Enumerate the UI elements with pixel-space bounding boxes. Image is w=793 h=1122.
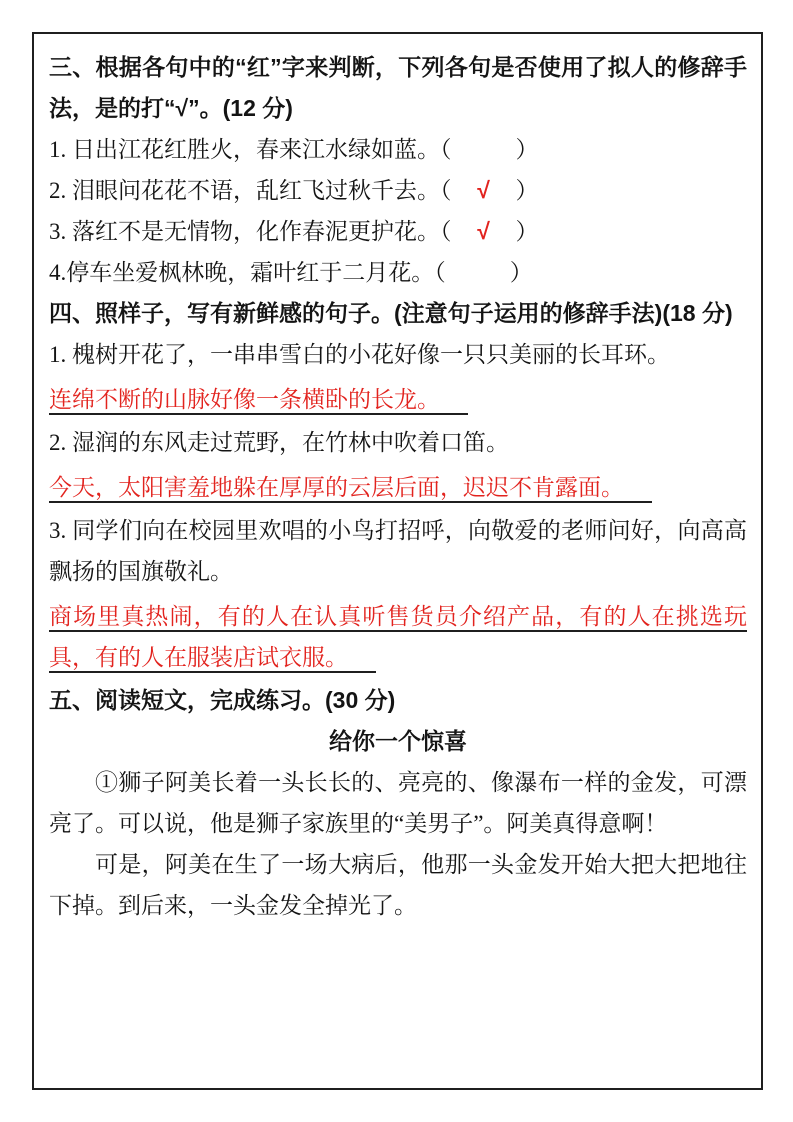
prompt-text: 3. 同学们向在校园里欢唱的小鸟打招呼，向敬爱的老师问好，向高高飘扬的国旗敬礼。 xyxy=(49,518,747,584)
answer-slot: √ xyxy=(452,170,516,211)
question-text: 3. 落红不是无情物，化作春泥更护花。 xyxy=(49,219,440,244)
question-item: 2. 泪眼问花花不语，乱红飞过秋千去。（√） xyxy=(49,170,747,211)
answer-line: 连绵不断的山脉好像一条横卧的长龙。 xyxy=(49,379,747,420)
answer-text: 今天，太阳害羞地躲在厚厚的云层后面，迟迟不肯露面。 xyxy=(49,474,652,503)
answer-slot: √ xyxy=(452,211,516,252)
answer-text: 商场里真热闹，有的人在认真听售货员介绍产品，有的人在挑选玩具，有的人在服装店试衣… xyxy=(49,603,747,673)
check-icon: √ xyxy=(477,177,490,203)
answer-text: 连绵不断的山脉好像一条横卧的长龙。 xyxy=(49,386,468,415)
check-icon: √ xyxy=(477,218,490,244)
passage-paragraph: ①狮子阿美长着一头长长的、亮亮的、像瀑布一样的金发，可漂亮了。可以说，他是狮子家… xyxy=(49,762,747,844)
prompt-text: 2. 湿润的东风走过荒野，在竹林中吹着口笛。 xyxy=(49,430,509,455)
question-item: 3. 落红不是无情物，化作春泥更护花。（√） xyxy=(49,211,747,252)
question-item: 4.停车坐爱枫林晚，霜叶红于二月花。（） xyxy=(49,252,747,293)
answer-line: 今天，太阳害羞地躲在厚厚的云层后面，迟迟不肯露面。 xyxy=(49,467,747,508)
passage-title: 给你一个惊喜 xyxy=(49,721,747,762)
section4-heading: 四、照样子，写有新鲜感的句子。(注意句子运用的修辞手法)(18 分) xyxy=(49,293,747,334)
question-item: 2. 湿润的东风走过荒野，在竹林中吹着口笛。 xyxy=(49,422,747,463)
paren-close: ） xyxy=(516,178,539,203)
question-text: 2. 泪眼问花花不语，乱红飞过秋千去。 xyxy=(49,178,440,203)
worksheet-frame: 三、根据各句中的“红”字来判断，下列各句是否使用了拟人的修辞手法，是的打“√”。… xyxy=(32,32,763,1090)
question-text: 1. 日出江花红胜火，春来江水绿如蓝。 xyxy=(49,137,440,162)
paren-open: （ xyxy=(440,178,452,203)
passage-paragraph: 可是，阿美在生了一场大病后，他那一头金发开始大把大把地往下掉。到后来，一头金发全… xyxy=(49,844,747,926)
question-item: 3. 同学们向在校园里欢唱的小鸟打招呼，向敬爱的老师问好，向高高飘扬的国旗敬礼。 xyxy=(49,510,747,592)
paren-open: （ xyxy=(440,137,452,162)
paren-close: ） xyxy=(510,260,533,285)
section3-heading: 三、根据各句中的“红”字来判断，下列各句是否使用了拟人的修辞手法，是的打“√”。… xyxy=(49,47,747,129)
question-text: 4.停车坐爱枫林晚，霜叶红于二月花。 xyxy=(49,260,434,285)
question-item: 1. 日出江花红胜火，春来江水绿如蓝。（） xyxy=(49,129,747,170)
paren-close: ） xyxy=(516,219,539,244)
question-item: 1. 槐树开花了，一串串雪白的小花好像一只只美丽的长耳环。 xyxy=(49,334,747,375)
prompt-text: 1. 槐树开花了，一串串雪白的小花好像一只只美丽的长耳环。 xyxy=(49,342,670,367)
paren-open: （ xyxy=(440,219,452,244)
paren-open: （ xyxy=(434,260,446,285)
section5-heading: 五、阅读短文，完成练习。(30 分) xyxy=(49,680,747,721)
answer-line: 商场里真热闹，有的人在认真听售货员介绍产品，有的人在挑选玩具，有的人在服装店试衣… xyxy=(49,596,747,678)
paren-close: ） xyxy=(516,137,539,162)
